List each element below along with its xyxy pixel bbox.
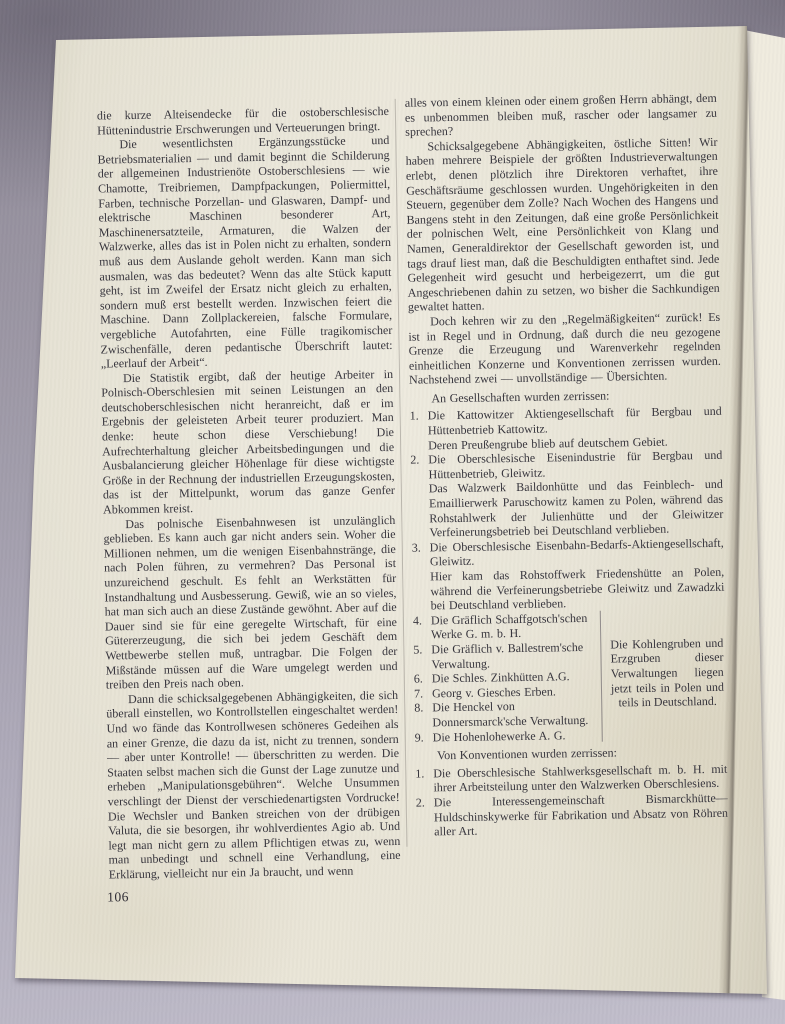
list-item: 5. Die Gräflich v. Ballestrem'sche Verwa… xyxy=(413,640,592,672)
list-item-note: Das Walzwerk Baildonhütte und das Feinbl… xyxy=(429,477,724,540)
book-page: die kurze Alteisendecke für die ostobers… xyxy=(0,0,785,1024)
list-item-number: 7. xyxy=(414,686,432,701)
list-item: 8. Die Henckel von Donnersmarck'sche Ver… xyxy=(414,698,593,730)
page-shadow-wrap: die kurze Alteisendecke für die ostobers… xyxy=(0,0,785,1024)
list-item-number: 1. xyxy=(410,409,429,453)
paragraph: Das polnische Eisenbahnwesen ist unzulän… xyxy=(103,513,398,693)
paragraph: Die Statistik ergibt, daß der heutige Ar… xyxy=(101,367,395,518)
list-item-main: Die Oberschlesische Eisenbahn-Bedarfs-Ak… xyxy=(430,536,724,570)
list-item-text: Die Hohenlohewerke A. G. xyxy=(433,727,594,744)
page-number: 106 xyxy=(107,889,129,905)
list-item-number: 9. xyxy=(415,730,433,745)
list-item-number: 4. xyxy=(413,613,431,642)
edge-ink-mark xyxy=(752,184,757,214)
left-column: die kurze Alteisendecke für die ostobers… xyxy=(97,104,401,882)
list-item-text: Die Gräflich Schaffgotsch'schen Werke G.… xyxy=(431,611,592,643)
list-item-number: 8. xyxy=(414,701,432,730)
paragraph: Doch kehren wir zu den „Regelmäßigkeiten… xyxy=(408,310,721,388)
list-item: 1. Die Kattowitzer Aktiengesellschaft fü… xyxy=(410,404,723,453)
list-item-text: Die Gräflich v. Ballestrem'sche Verwaltu… xyxy=(431,640,592,672)
list-item-number: 3. xyxy=(412,540,431,613)
short-items-with-side-note: 4. Die Gräflich Schaffgotsch'schen Werke… xyxy=(413,609,727,745)
paragraph: die kurze Alteisendecke für die ostobers… xyxy=(97,104,389,138)
list-item-number: 2. xyxy=(410,453,429,541)
page-content: die kurze Alteisendecke für die ostobers… xyxy=(0,0,785,1024)
list-item-text: Die Henckel von Donnersmarck'sche Verwal… xyxy=(432,698,593,730)
list-item-note: Hier kam das Rohstoffwerk Friedenshütte … xyxy=(430,565,725,613)
short-items-list: 4. Die Gräflich Schaffgotsch'schen Werke… xyxy=(413,611,594,745)
list-item-text: Die Oberschlesische Stahlwerksgesellscha… xyxy=(433,761,727,795)
list-heading-konventionen: Von Konventionen wurden zerrissen: xyxy=(415,744,727,763)
list-item-number: 1. xyxy=(415,766,433,795)
paragraph: Die wesentlichsten Ergänzungsstücke und … xyxy=(97,133,393,371)
list-item-number: 6. xyxy=(414,672,432,687)
list-item: 3. Die Oberschlesische Eisenbahn-Bedarfs… xyxy=(412,536,725,614)
paragraph: alles von einem kleinen oder einem große… xyxy=(405,91,718,140)
right-column: alles von einem kleinen oder einem große… xyxy=(405,91,729,839)
list-item-text: Die Kattowitzer Aktiengesellschaft für B… xyxy=(428,404,723,452)
paragraph: Schicksalgegebene Abhängigkeiten, östlic… xyxy=(405,135,720,315)
list-item-text: Die Oberschlesische Eisenbahn-Bedarfs-Ak… xyxy=(430,536,725,614)
list-item: 2. Die Interessengemeinschaft Bismarckhü… xyxy=(416,791,729,840)
list-item: 2. Die Oberschlesische Eisenindustrie fü… xyxy=(410,448,723,540)
photo-of-book-page: die kurze Alteisendecke für die ostobers… xyxy=(0,0,785,1024)
list-item-main: Die Oberschlesische Eisenindustrie für B… xyxy=(428,448,722,482)
list-item: 4. Die Gräflich Schaffgotsch'schen Werke… xyxy=(413,611,592,643)
list-item-number: 5. xyxy=(413,642,431,671)
list-item-text: Die Interessengemeinschaft Bismarckhütte… xyxy=(434,791,729,839)
list-item: 9. Die Hohenlohewerke A. G. xyxy=(415,727,594,744)
list-item-main: Die Kattowitzer Aktiengesellschaft für B… xyxy=(428,404,722,438)
list-item-number: 2. xyxy=(416,795,435,839)
paragraph: Dann die schicksalgegebenen Abhängigkeit… xyxy=(106,688,401,882)
list-heading-gesellschaften: An Gesellschaften wurden zerrissen: xyxy=(409,387,721,406)
list-item-text: Die Oberschlesische Eisenindustrie für B… xyxy=(428,448,723,540)
side-note: Die Kohlengruben und Erzgruben dieser Ve… xyxy=(600,609,727,742)
